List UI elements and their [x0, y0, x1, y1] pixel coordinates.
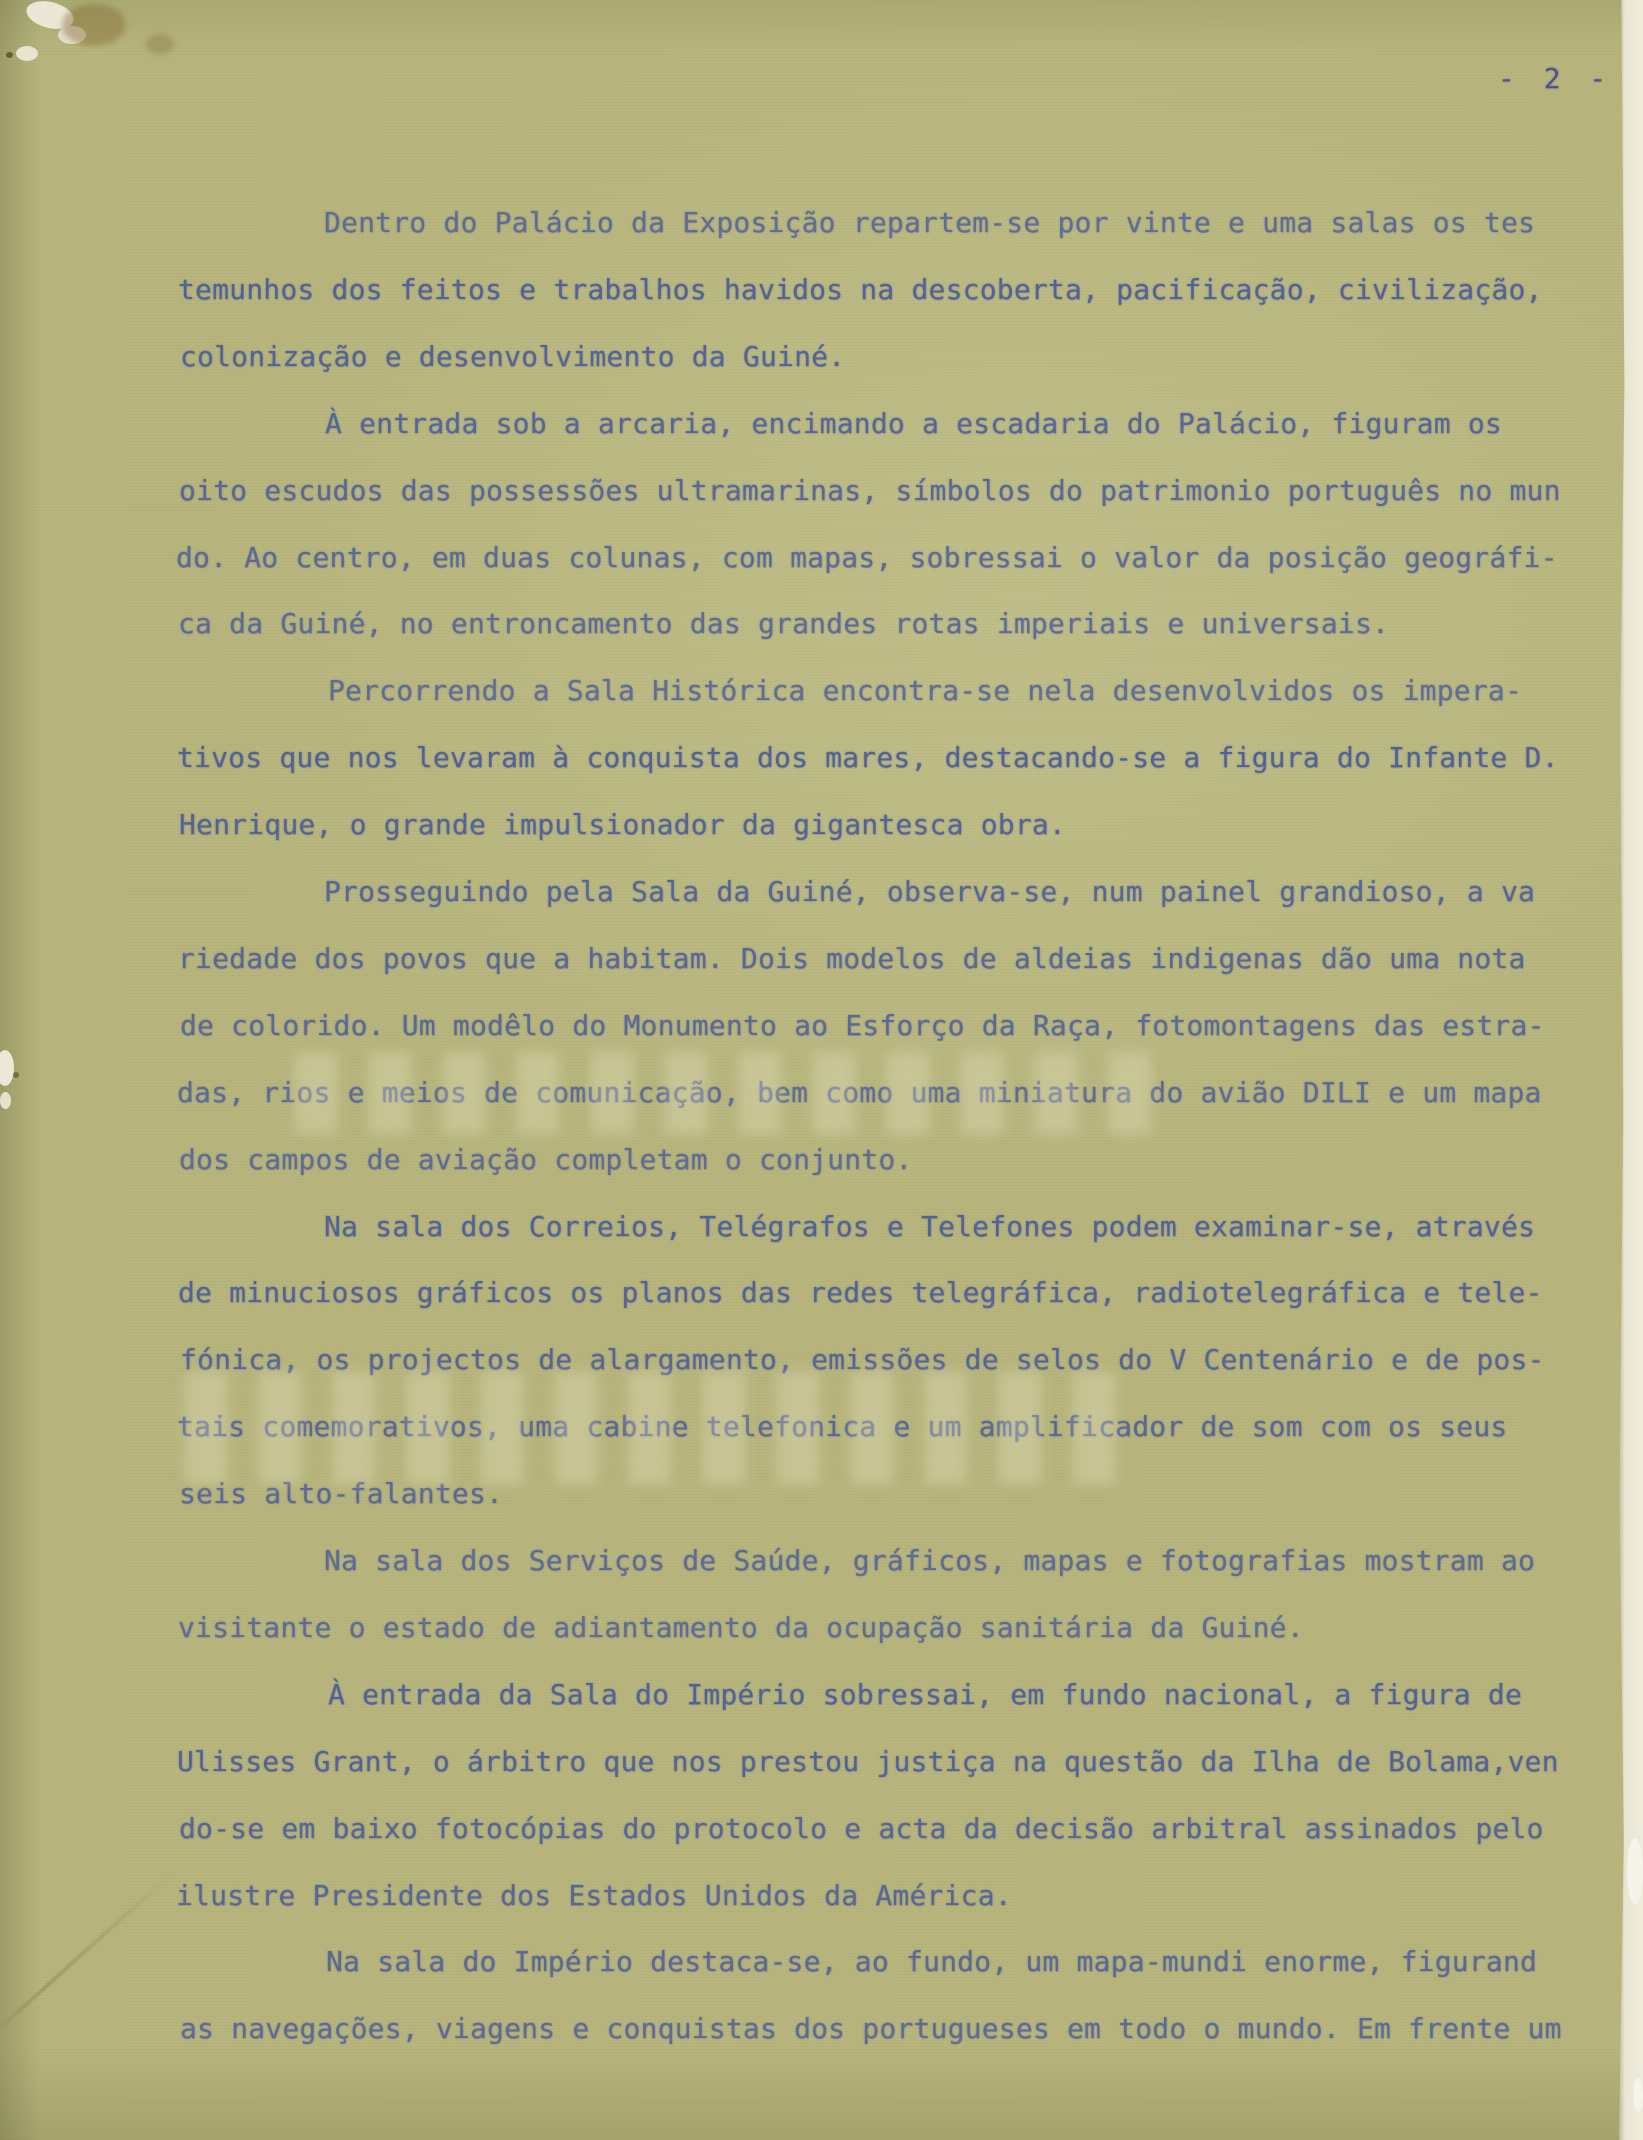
- document-line: Dentro do Palácio da Exposição repartem-…: [324, 206, 1535, 240]
- paper-speck: [13, 1072, 19, 1078]
- watermark-ghost-band: [295, 1052, 1155, 1134]
- document-line: de minuciosos gráficos os planos das red…: [178, 1276, 1543, 1310]
- document-line: Prosseguindo pela Sala da Guiné, observa…: [324, 875, 1535, 909]
- paper-crease: [0, 1874, 170, 2037]
- document-line: Percorrendo a Sala Histórica encontra-se…: [328, 674, 1522, 708]
- document-line: colonização e desenvolvimento da Guiné.: [180, 340, 845, 374]
- paper-speck: [6, 52, 13, 58]
- document-line: Na sala dos Serviços de Saúde, gráficos,…: [324, 1544, 1535, 1578]
- document-line: visitante o estado de adiantamento da oc…: [178, 1611, 1304, 1645]
- document-line: oito escudos das possessões ultramarinas…: [179, 474, 1561, 508]
- document-page: - 2 - Dentro do Palácio da Exposição rep…: [0, 0, 1643, 2140]
- paper-stain: [146, 34, 174, 54]
- document-line: dos campos de aviação completam o conjun…: [179, 1143, 912, 1177]
- page-number: - 2 -: [1498, 62, 1612, 95]
- document-line: do-se em baixo fotocópias do protocolo e…: [179, 1812, 1544, 1846]
- document-line: temunhos dos feitos e trabalhos havidos …: [178, 273, 1543, 307]
- paper-edge-strip: [1613, 0, 1643, 2140]
- document-line: riedade dos povos que a habitam. Dois mo…: [178, 942, 1526, 976]
- document-line: Na sala dos Correios, Telégrafos e Telef…: [324, 1210, 1535, 1244]
- document-line: ilustre Presidente dos Estados Unidos da…: [176, 1879, 1012, 1913]
- document-line: tivos que nos levaram à conquista dos ma…: [177, 741, 1559, 775]
- document-line: À entrada sob a arcaria, encimando a esc…: [325, 407, 1502, 441]
- paper-stain: [62, 4, 126, 46]
- document-line: de colorido. Um modêlo do Monumento ao E…: [180, 1009, 1545, 1043]
- paper-edge-notch: [1627, 1838, 1643, 1904]
- document-line: as navegações, viagens e conquistas dos …: [180, 2012, 1562, 2046]
- document-line: À entrada da Sala do Império sobressai, …: [328, 1678, 1522, 1712]
- document-line: do. Ao centro, em duas colunas, com mapa…: [176, 541, 1558, 575]
- paper-damage-spot: [16, 46, 38, 61]
- document-line: Na sala do Império destaca-se, ao fundo,…: [326, 1945, 1537, 1979]
- paper-damage-spot: [0, 1050, 14, 1086]
- watermark-ghost-band: [185, 1372, 1135, 1484]
- document-line: ca da Guiné, no entroncamento das grande…: [178, 607, 1389, 641]
- paper-edge-notch: [1633, 2078, 1643, 2112]
- document-line: Henrique, o grande impulsionador da giga…: [179, 808, 1066, 842]
- paper-damage-spot: [0, 1092, 11, 1109]
- document-line: Ulisses Grant, o árbitro que nos prestou…: [177, 1745, 1559, 1779]
